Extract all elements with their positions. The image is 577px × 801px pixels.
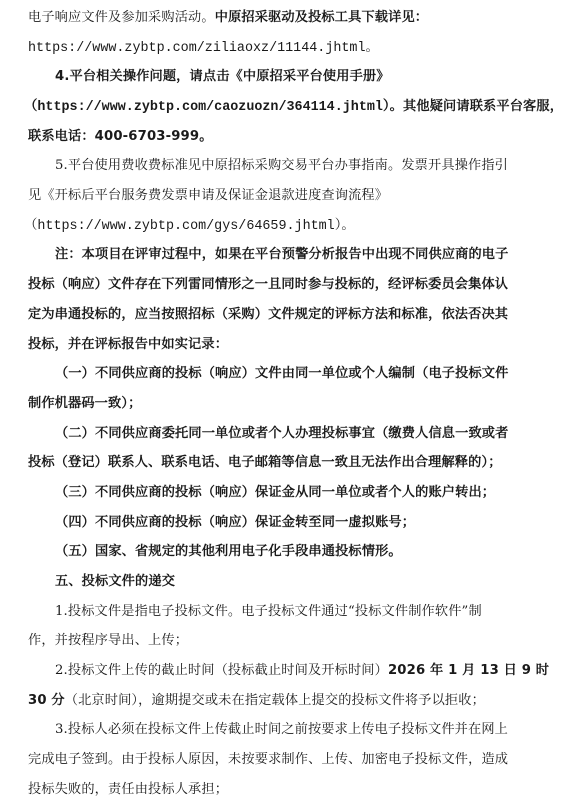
text-segment: 完成电子签到。由于投标人原因，未按要求制作、上传、加密电子投标文件，造成 (28, 752, 508, 767)
section-heading-text: 五、投标文件的递交 (55, 574, 175, 589)
list-item-text: （五）国家、省规定的其他利用电子化手段串通投标情形。 (55, 544, 402, 559)
link-line: （https://www.zybtp.com/gys/64659.jhtml）。 (24, 217, 355, 235)
list-item-text: （一）不同供应商的投标（响应）文件由同一单位或个人编制（电子投标文件 (55, 366, 508, 381)
text-line: 作，并按程序导出、上传； (28, 632, 188, 650)
text-line: 3.投标人必须在投标文件上传截止时间之前按要求上传电子投标文件并在网上 (55, 721, 508, 739)
text-segment: 2.投标文件上传的截止时间（投标截止时间及开标时间） (55, 663, 388, 678)
list-item-text: （四）不同供应商的投标（响应）保证金转至同一虚拟账号； (55, 515, 415, 530)
text-line: 联系电话：400-6703-999。 (28, 128, 213, 146)
text-line: （https://www.zybtp.com/caozuozn/364114.j… (24, 98, 563, 116)
text-line: 1.投标文件是指电子投标文件。电子投标文件通过“投标文件制作软件”制 (55, 603, 482, 621)
text-line: 5.平台使用费收费标准见中原招标采购交易平台办事指南。发票开具操作指引 (55, 157, 508, 175)
text-line: 制作机器码一致）； (28, 395, 141, 413)
text-line: 30 分（北京时间），逾期提交或未在指定载体上提交的投标文件将予以拒收； (28, 692, 485, 710)
section-heading: 五、投标文件的递交 (55, 573, 175, 591)
text-segment: 5.平台使用费收费标准见中原招标采购交易平台办事指南。发票开具操作指引 (55, 158, 508, 173)
text-line: 4.平台相关操作问题，请点击《中原招采平台使用手册》 (55, 68, 390, 86)
text-segment: 投标失败的，责任由投标人承担； (28, 782, 228, 797)
text-segment-bold: 中原招采驱动及投标工具下载详见： (215, 10, 428, 25)
text-line: 投标（登记）联系人、联系电话、电子邮箱等信息一致且无法作出合理解释的）； (28, 454, 502, 472)
list-item: （五）国家、省规定的其他利用电子化手段串通投标情形。 (55, 543, 402, 561)
text-line: 完成电子签到。由于投标人原因，未按要求制作、上传、加密电子投标文件，造成 (28, 751, 508, 769)
text-line: 注：本项目在评审过程中，如果在平台预警分析报告中出现不同供应商的电子 (55, 246, 508, 264)
text-segment: 3.投标人必须在投标文件上传截止时间之前按要求上传电子投标文件并在网上 (55, 722, 508, 737)
text-segment: （北京时间），逾期提交或未在指定载体上提交的投标文件将予以拒收； (65, 693, 485, 708)
deadline-time: 30 分 (28, 693, 65, 708)
manual-url-link[interactable]: （https://www.zybtp.com/caozuozn/364114.j… (24, 100, 403, 115)
note-text: 定为串通投标的，应当按照招标（采购）文件规定的评标方法和标准，依法否决其 (28, 307, 508, 322)
text-segment-bold: 其他疑问请联系平台客服， (403, 99, 563, 114)
note-text: 投标，并在评标报告中如实记录： (28, 337, 228, 352)
text-line: 见《开标后平台服务费发票申请及保证金退款进度查询流程》 (28, 187, 388, 205)
list-item-text: （二）不同供应商委托同一单位或者个人办理投标事宜（缴费人信息一致或者 (55, 426, 508, 441)
text-segment: 作，并按程序导出、上传； (28, 633, 188, 648)
contact-phone: 联系电话：400-6703-999。 (28, 129, 213, 144)
note-text: 注：本项目在评审过程中，如果在平台预警分析报告中出现不同供应商的电子 (55, 247, 508, 262)
list-item-text: （三）不同供应商的投标（响应）保证金从同一单位或者个人的账户转出； (55, 485, 495, 500)
text-segment: 电子响应文件及参加采购活动。 (28, 10, 215, 25)
download-url-link[interactable]: https://www.zybtp.com/ziliaoxz/11144.jht… (28, 41, 379, 56)
list-item: （三）不同供应商的投标（响应）保证金从同一单位或者个人的账户转出； (55, 484, 495, 502)
list-item-text: 制作机器码一致）； (28, 396, 141, 411)
list-item-text: 投标（登记）联系人、联系电话、电子邮箱等信息一致且无法作出合理解释的）； (28, 455, 502, 470)
text-segment: 见《开标后平台服务费发票申请及保证金退款进度查询流程》 (28, 188, 388, 203)
text-segment: 1.投标文件是指电子投标文件。电子投标文件通过“投标文件制作软件”制 (55, 604, 482, 619)
text-line: 2.投标文件上传的截止时间（投标截止时间及开标时间）2026 年 1 月 13 … (55, 662, 549, 680)
list-item: （二）不同供应商委托同一单位或者个人办理投标事宜（缴费人信息一致或者 (55, 425, 508, 443)
deadline-date: 2026 年 1 月 13 日 9 时 (388, 663, 549, 678)
text-line: 投标，并在评标报告中如实记录： (28, 336, 228, 354)
text-line: 电子响应文件及参加采购活动。中原招采驱动及投标工具下载详见： (28, 9, 428, 27)
link-line: https://www.zybtp.com/ziliaoxz/11144.jht… (28, 39, 379, 57)
text-line: 投标（响应）文件存在下列雷同情形之一且同时参与投标的，经评标委员会集体认 (28, 276, 508, 294)
list-item: （一）不同供应商的投标（响应）文件由同一单位或个人编制（电子投标文件 (55, 365, 508, 383)
text-line: 定为串通投标的，应当按照招标（采购）文件规定的评标方法和标准，依法否决其 (28, 306, 508, 324)
note-text: 投标（响应）文件存在下列雷同情形之一且同时参与投标的，经评标委员会集体认 (28, 277, 508, 292)
text-line: 投标失败的，责任由投标人承担； (28, 781, 228, 799)
text-segment-bold: 4.平台相关操作问题，请点击《中原招采平台使用手册》 (55, 69, 390, 84)
invoice-guide-url-link[interactable]: （https://www.zybtp.com/gys/64659.jhtml）。 (24, 219, 355, 234)
list-item: （四）不同供应商的投标（响应）保证金转至同一虚拟账号； (55, 514, 415, 532)
